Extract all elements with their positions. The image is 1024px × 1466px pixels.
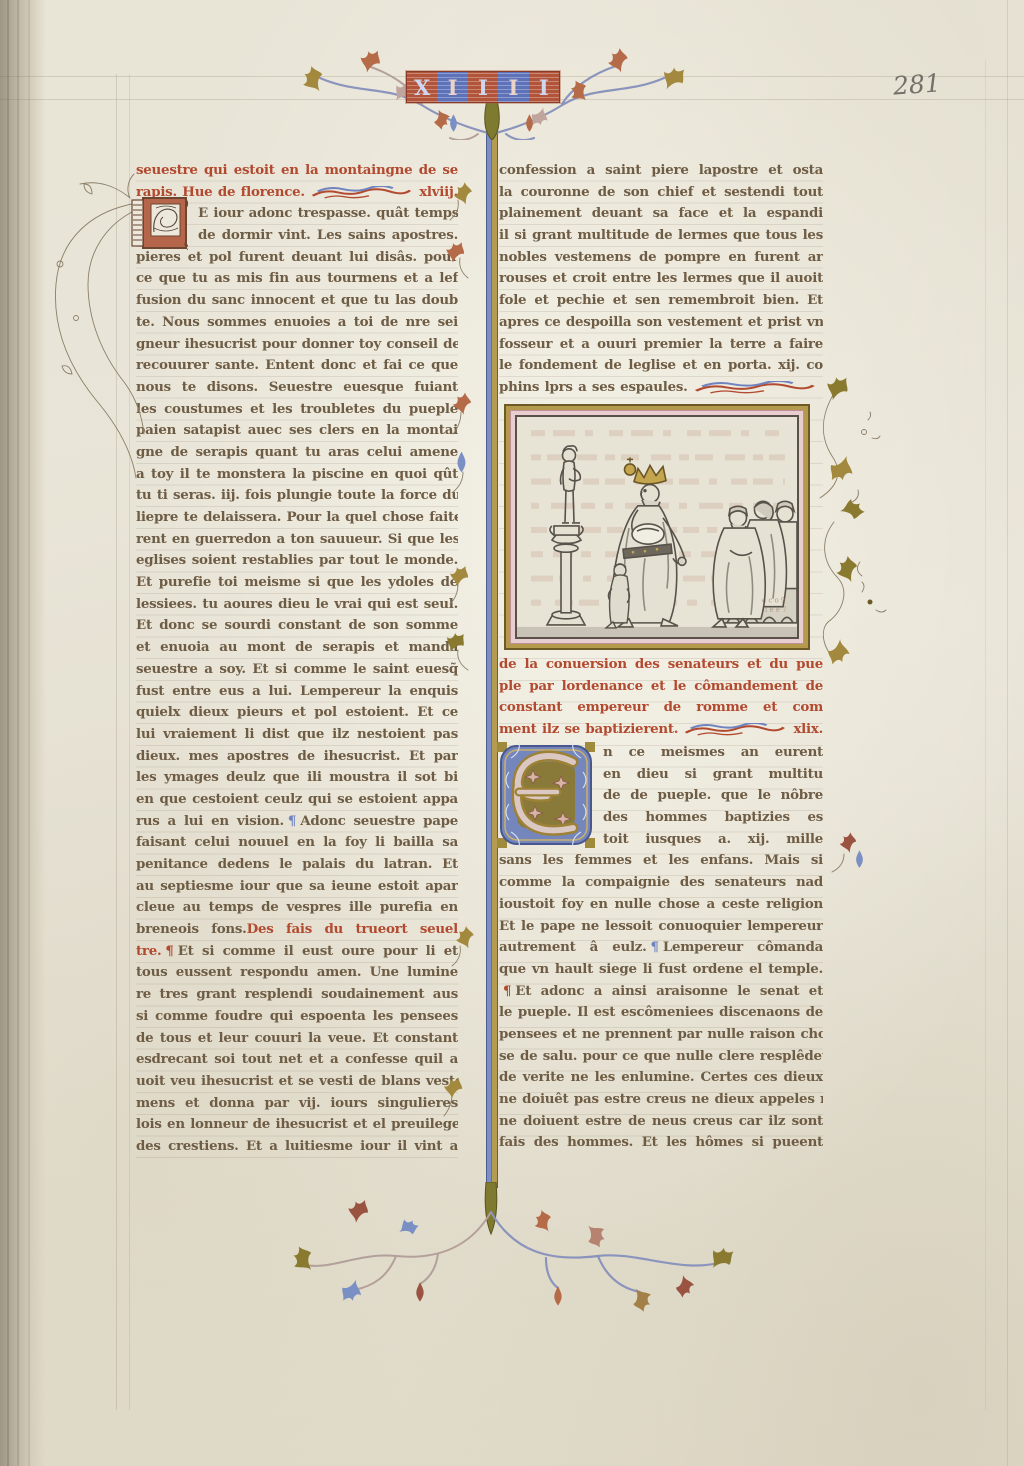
body-text: ne doiuêt pas estre creus ne dieux appel… (499, 1091, 823, 1107)
body-text: esdrecant soi tout net et a confesse qui… (136, 1051, 458, 1067)
body-text: se de salu. pour ce que nulle clere resp… (499, 1048, 823, 1064)
pilcrow-icon: ¶ (647, 939, 663, 955)
body-text: Et donc se sourdi constant de son somme (136, 617, 458, 633)
text-line: recouurer sante. Entent donc et fai ce q… (136, 355, 458, 377)
body-text: de verite ne les enlumine. Certes ces di… (499, 1069, 823, 1085)
body-text: rus a lui en vision. (136, 813, 284, 829)
text-line: phins lprs a ses espaules. (499, 377, 823, 399)
text-line: Et donc se sourdi constant de son somme (136, 615, 458, 637)
text-line: se de salu. pour ce que nulle clere resp… (499, 1046, 823, 1068)
text-line: le fondement de leglise et en porta. xij… (499, 355, 823, 377)
body-text: breneois fons. (136, 921, 247, 937)
ivy-sprig (442, 562, 476, 606)
text-line: pensees et ne prennent par nulle raison … (499, 1024, 823, 1046)
text-line: rus a lui en vision.¶Adonc seuestre pape (136, 811, 458, 833)
body-text: a toy il te monstera la piscine en quoi … (136, 466, 458, 482)
text-line: a toy il te monstera la piscine en quoi … (136, 464, 458, 486)
text-line: fole et pechie et sen remembroit bien. E… (499, 290, 823, 312)
text-line: eglises soient restablies par tout le mo… (136, 550, 458, 572)
text-line: il si grant multitude de lermes que tous… (499, 225, 823, 247)
body-text: n ce meismes an eurent (603, 744, 823, 760)
body-text: mens et donna par vij. iours singulieres (136, 1095, 458, 1111)
body-text: uoit veu ihesucrist et se vesti de blans… (136, 1073, 458, 1089)
text-line: uoit veu ihesucrist et se vesti de blans… (136, 1071, 458, 1093)
body-text: faisant celui nouuel en la foy li bailla… (136, 834, 458, 850)
center-bar-ornament (486, 120, 498, 1188)
body-text: confession a saint piere lapostre et ost… (499, 162, 823, 178)
text-line: pieres et pol furent deuant lui disâs. p… (136, 247, 458, 269)
rubric-text: xlix. (793, 719, 823, 741)
text-line: ne doiuêt pas estre creus ne dieux appel… (499, 1089, 823, 1111)
chapter-number-letter: I (437, 72, 467, 102)
text-line: de la conuersion des senateurs et du pue (499, 654, 823, 676)
body-text: quielx dieux pieurs et pol estoient. Et … (136, 704, 458, 720)
ivy-sprig (436, 1074, 470, 1118)
text-line: ¶Et adonc a ainsi araisonne le senat et (499, 981, 823, 1003)
text-line: fosseur et a ouuri premier la terre a fa… (499, 334, 823, 356)
body-text: de de pueple. que le nôbre (603, 787, 823, 803)
body-text: lois en lonneur de ihesucrist et el preu… (136, 1116, 458, 1132)
ivy-sprig (444, 180, 478, 222)
body-text: fusion du sanc innocent et que tu las do… (136, 292, 458, 308)
body-text: comme la compaignie des senateurs nad (499, 874, 823, 890)
rubric-text: constant empereur de romme et com (499, 699, 823, 715)
text-line: mens et donna par vij. iours singulieres (136, 1093, 458, 1115)
text-line: seuestre a soy. Et si comme le saint eue… (136, 659, 458, 681)
text-line: comme la compaignie des senateurs nad (499, 872, 823, 894)
text-line: ce que tu as mis fin aus tourmens et a l… (136, 268, 458, 290)
body-text: ce que tu as mis fin aus tourmens et a l… (136, 270, 458, 286)
miniature-inner-frame: e c o 9 i e e 7 (510, 410, 804, 644)
text-line: ne doiuent estre de neus creus car ilz s… (499, 1111, 823, 1133)
text-line: fais des hommes. Et les hômes si pueent (499, 1132, 823, 1154)
text-line: que vn hault siege li fust ordene el tem… (499, 959, 823, 981)
body-text: fole et pechie et sen remembroit bien. E… (499, 292, 823, 308)
pilcrow-icon: ¶ (284, 813, 300, 829)
body-text: liepre te delaissera. Pour la quel chose… (136, 509, 458, 525)
text-line: constant empereur de romme et com (499, 697, 823, 719)
text-line: seuestre qui estoit en la montaingne de … (136, 160, 458, 182)
body-text: phins lprs a ses espaules. (499, 377, 688, 399)
body-text: E iour adonc trespasse. quât temps (198, 205, 458, 221)
svg-text:i e e 7: i e e 7 (765, 605, 787, 614)
illuminated-initial-e (497, 742, 595, 848)
text-line: fust entre eus a lui. Lempereur la enqui… (136, 681, 458, 703)
body-text: les ymages deulz que ili moustra il sot … (136, 769, 458, 785)
body-text: des crestiens. Et a luitiesme iour il vi… (136, 1138, 458, 1154)
body-text: Et si comme il eust oure pour li et (178, 943, 458, 959)
rubric-text: ple par lordenance et le cômandement de (499, 678, 823, 694)
body-text: sans les femmes et les enfans. Mais si (499, 852, 823, 868)
text-line: breneois fons.Des fais du trueort seuel (136, 919, 458, 941)
text-line: le pueple. Il est escômeniees discenaons… (499, 1002, 823, 1024)
ivy-sprig (828, 830, 868, 874)
ivy-sprig (446, 924, 480, 968)
body-text: fust entre eus a lui. Lempereur la enqui… (136, 683, 458, 699)
body-text: le fondement de leglise et en porta. xij… (499, 357, 823, 373)
text-line: tous eussent respondu amen. Une lumine (136, 962, 458, 984)
text-line: lessiees. tu aoures dieu le vrai qui est… (136, 594, 458, 616)
body-text: le pueple. Il est escômeniees discenaons… (499, 1004, 823, 1020)
text-line: quielx dieux pieurs et pol estoient. Et … (136, 702, 458, 724)
page-edge-line (1007, 0, 1008, 1466)
chapter-number-letter: X (407, 72, 437, 102)
text-line: paien satapist auec ses clers en la mont… (136, 420, 458, 442)
body-text: de tous et leur couuri la veue. Et const… (136, 1030, 458, 1046)
text-line: ioustoit foy en nulle chose a ceste reli… (499, 894, 823, 916)
body-text: au septiesme iour que sa ieune estoit ap… (136, 878, 458, 894)
ivy-sprig (438, 628, 474, 672)
text-line: rent en guerredon a ton sauueur. Si que … (136, 529, 458, 551)
body-text: en que cestoient ceulz qui se estoient a… (136, 791, 458, 807)
right-text-column: confession a saint piere lapostre et ost… (499, 160, 823, 1156)
body-text: tous eussent respondu amen. Une lumine (136, 964, 458, 980)
body-text: de dormir vint. Les sains apostres. (198, 227, 458, 243)
text-line: faisant celui nouuel en la foy li bailla… (136, 832, 458, 854)
body-text: tu ti seras. iij. fois plungie toute la … (136, 487, 458, 503)
text-line: apres ce despoilla son vestement et pris… (499, 312, 823, 334)
ruling-line (985, 60, 986, 1410)
right-column-rubric: de la conuersion des senateurs et du pue… (499, 654, 823, 741)
text-line: autrement â eulz.¶Lempereur cômanda (499, 937, 823, 959)
rubric-text: tre. (136, 943, 161, 959)
text-line: penitance dedens le palais du latran. Et (136, 854, 458, 876)
body-text: la couronne de son chief et sestendi tou… (499, 184, 823, 200)
chapter-number-letter: I (529, 72, 559, 102)
chapter-number-ornament: XIIII (406, 71, 560, 103)
text-line: les coustumes et les troubletes du puepl… (136, 399, 458, 421)
body-text: si comme foudre qui espoenta les pensees (136, 1008, 458, 1024)
body-text: autrement â eulz. (499, 939, 647, 955)
ivy-sprig (445, 390, 479, 436)
text-line: Et le pape ne lessoit conuoquier lempere… (499, 916, 823, 938)
miniature-illustration: e c o 9 i e e 7 (517, 417, 797, 637)
body-text: toit iusques a. xij. mille (603, 831, 823, 847)
body-text: que vn hault siege li fust ordene el tem… (499, 961, 823, 977)
body-text: recouurer sante. Entent donc et fai ce q… (136, 357, 458, 373)
miniature-frame: e c o 9 i e e 7 (504, 404, 810, 650)
chapter-number-letter: I (498, 72, 528, 102)
body-text: rouses et croit entre les lermes que il … (499, 270, 823, 286)
body-text: Et purefie toi meisme si que les ydoles … (136, 574, 458, 590)
text-line: ment ilz se baptizierent.xlix. (499, 719, 823, 741)
body-text: gneur ihesucrist pour donner toy conseil… (136, 336, 458, 352)
text-line: lois en lonneur de ihesucrist et el preu… (136, 1114, 458, 1136)
body-text: seuestre a soy. Et si comme le saint eue… (136, 661, 458, 677)
body-text: Adonc seuestre pape (300, 813, 458, 829)
body-text: rent en guerredon a ton sauueur. Si que … (136, 531, 458, 547)
text-line: gne de serapis quant tu aras celui amene (136, 442, 458, 464)
text-line: des crestiens. Et a luitiesme iour il vi… (136, 1136, 458, 1158)
text-line: si comme foudre qui espoenta les pensees (136, 1006, 458, 1028)
text-line: de tous et leur couuri la veue. Et const… (136, 1028, 458, 1050)
body-text: fosseur et a ouuri premier la terre a fa… (499, 336, 823, 352)
text-line: lui vraiement li dist que ilz nestoient … (136, 724, 458, 746)
text-line: tre.¶Et si comme il eust oure pour li et (136, 941, 458, 963)
ivy-spray-bottom (288, 1182, 740, 1314)
text-line: au septiesme iour que sa ieune estoit ap… (136, 876, 458, 898)
text-line: cleue au temps de vespres ille purefia e… (136, 897, 458, 919)
ivy-sprig (447, 448, 477, 494)
body-text: apres ce despoilla son vestement et pris… (499, 314, 823, 330)
body-text: des hommes baptizies es (603, 809, 823, 825)
text-line: tu ti seras. iij. fois plungie toute la … (136, 485, 458, 507)
line-filler-ornament (684, 723, 787, 736)
body-text: plainement deuant sa face et la espandi (499, 205, 823, 221)
text-line: esdrecant soi tout net et a confesse qui… (136, 1049, 458, 1071)
illuminated-initial-l (130, 196, 188, 250)
body-text: il si grant multitude de lermes que tous… (499, 227, 823, 243)
line-filler-ornament (694, 381, 817, 394)
body-text: pensees et ne prennent par nulle raison … (499, 1026, 823, 1042)
body-text: pieres et pol furent deuant lui disâs. p… (136, 249, 458, 265)
body-text: ioustoit foy en nulle chose a ceste reli… (499, 896, 823, 912)
text-line: nobles vestemens de pompre en furent ar (499, 247, 823, 269)
body-text: les coustumes et les troubletes du puepl… (136, 401, 458, 417)
body-text: Et le pape ne lessoit conuoquier lempere… (499, 918, 823, 934)
margin-ivy-right (812, 372, 896, 672)
body-text: ne doiuent estre de neus creus car ilz s… (499, 1113, 823, 1129)
text-line: Et purefie toi meisme si que les ydoles … (136, 572, 458, 594)
body-text: Et adonc a ainsi araisonne le senat et (515, 983, 823, 999)
text-line: liepre te delaissera. Pour la quel chose… (136, 507, 458, 529)
rubric-text: ment ilz se baptizierent. (499, 719, 678, 741)
text-line: rouses et croit entre les lermes que il … (499, 268, 823, 290)
chapter-number-letter: I (468, 72, 498, 102)
body-text: cleue au temps de vespres ille purefia e… (136, 899, 458, 915)
text-line: te. Nous sommes enuoies a toi de nre sei (136, 312, 458, 334)
body-text: penitance dedens le palais du latran. Et (136, 856, 458, 872)
body-text: te. Nous sommes enuoies a toi de nre sei (136, 314, 458, 330)
text-line: dieux. mes apostres de ihesucrist. Et pa… (136, 746, 458, 768)
body-text: gne de serapis quant tu aras celui amene (136, 444, 458, 460)
right-column-upper-text: confession a saint piere lapostre et ost… (499, 160, 823, 399)
text-line: ple par lordenance et le cômandement de (499, 676, 823, 698)
text-line: la couronne de son chief et sestendi tou… (499, 182, 823, 204)
body-text: re tres grant resplendi soudainement aus (136, 986, 458, 1002)
text-line: plainement deuant sa face et la espandi (499, 203, 823, 225)
text-line: sans les femmes et les enfans. Mais si (499, 850, 823, 872)
text-line: les ymages deulz que ili moustra il sot … (136, 767, 458, 789)
body-text: eglises soient restablies par tout le mo… (136, 552, 458, 568)
body-text: nobles vestemens de pompre en furent ar (499, 249, 823, 265)
manuscript-page: { "page": { "folio_number": "281", "chap… (0, 0, 1024, 1466)
text-line: confession a saint piere lapostre et ost… (499, 160, 823, 182)
folio-number: 281 (892, 68, 942, 100)
pilcrow-icon: ¶ (161, 943, 177, 959)
body-text: dieux. mes apostres de ihesucrist. Et pa… (136, 748, 458, 764)
text-line: re tres grant resplendi soudainement aus (136, 984, 458, 1006)
body-text: fais des hommes. Et les hômes si pueent (499, 1134, 823, 1150)
text-line: gneur ihesucrist pour donner toy conseil… (136, 334, 458, 356)
line-filler-ornament (311, 186, 413, 199)
body-text: en dieu si grant multitu (603, 766, 823, 782)
body-text: paien satapist auec ses clers en la mont… (136, 422, 458, 438)
text-line: de verite ne les enlumine. Certes ces di… (499, 1067, 823, 1089)
rubric-text: seuestre qui estoit en la montaingne de … (136, 162, 458, 178)
ivy-sprig (440, 238, 474, 280)
text-line: et enuoia au mont de serapis et manda (136, 637, 458, 659)
body-text: nous te disons. Seuestre euesque fuiant (136, 379, 458, 395)
pilcrow-icon: ¶ (499, 983, 515, 999)
body-text: Lempereur cômanda (663, 939, 823, 955)
rubric-text: de la conuersion des senateurs et du pue (499, 656, 823, 672)
body-text: et enuoia au mont de serapis et manda (136, 639, 458, 655)
svg-text:e c o 9: e c o 9 (762, 596, 785, 605)
body-text: lui vraiement li dist que ilz nestoient … (136, 726, 458, 742)
text-line: en que cestoient ceulz qui se estoient a… (136, 789, 458, 811)
text-line: fusion du sanc innocent et que tu las do… (136, 290, 458, 312)
body-text: lessiees. tu aoures dieu le vrai qui est… (136, 596, 458, 612)
rubric-text: Des fais du trueort seuel (247, 921, 458, 937)
text-line: nous te disons. Seuestre euesque fuiant (136, 377, 458, 399)
left-text-column: seuestre qui estoit en la montaingne de … (136, 160, 458, 1158)
